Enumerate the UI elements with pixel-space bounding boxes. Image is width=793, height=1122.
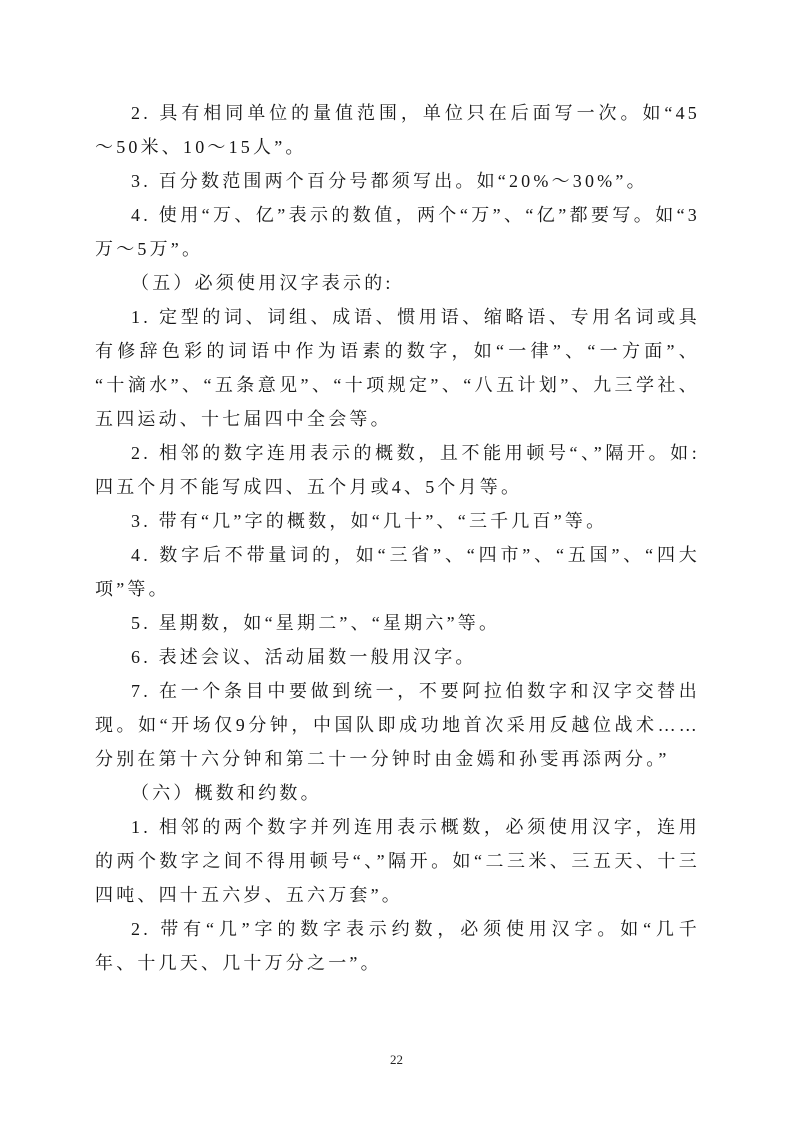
paragraph: 7. 在一个条目中要做到统一，不要阿拉伯数字和汉字交替出现。如“开场仅9分钟，中…: [95, 674, 700, 776]
paragraph: 2. 带有“几”字的数字表示约数，必须使用汉字。如“几千年、十几天、几十万分之一…: [95, 912, 700, 980]
paragraph: 1. 定型的词、词组、成语、惯用语、缩略语、专用名词或具有修辞色彩的词语中作为语…: [95, 300, 700, 436]
paragraph: 2. 相邻的数字连用表示的概数，且不能用顿号“、”隔开。如: 四五个月不能写成四…: [95, 436, 700, 504]
paragraph: 2. 具有相同单位的量值范围，单位只在后面写一次。如“45～50米、10～15人…: [95, 96, 700, 164]
page-number: 22: [0, 1052, 793, 1068]
paragraph: 6. 表述会议、活动届数一般用汉字。: [95, 640, 700, 674]
document-body: 2. 具有相同单位的量值范围，单位只在后面写一次。如“45～50米、10～15人…: [95, 96, 700, 980]
paragraph: 3. 百分数范围两个百分号都须写出。如“20%～30%”。: [95, 164, 700, 198]
paragraph: 5. 星期数，如“星期二”、“星期六”等。: [95, 606, 700, 640]
paragraph: 4. 使用“万、亿”表示的数值，两个“万”、“亿”都要写。如“3万～5万”。: [95, 198, 700, 266]
paragraph: 3. 带有“几”字的概数，如“几十”、“三千几百”等。: [95, 504, 700, 538]
paragraph: 1. 相邻的两个数字并列连用表示概数，必须使用汉字，连用的两个数字之间不得用顿号…: [95, 810, 700, 912]
paragraph: 4. 数字后不带量词的，如“三省”、“四市”、“五国”、“四大项”等。: [95, 538, 700, 606]
paragraph: （五）必须使用汉字表示的:: [95, 266, 700, 300]
document-page: 2. 具有相同单位的量值范围，单位只在后面写一次。如“45～50米、10～15人…: [0, 0, 793, 1122]
paragraph: （六）概数和约数。: [95, 776, 700, 810]
